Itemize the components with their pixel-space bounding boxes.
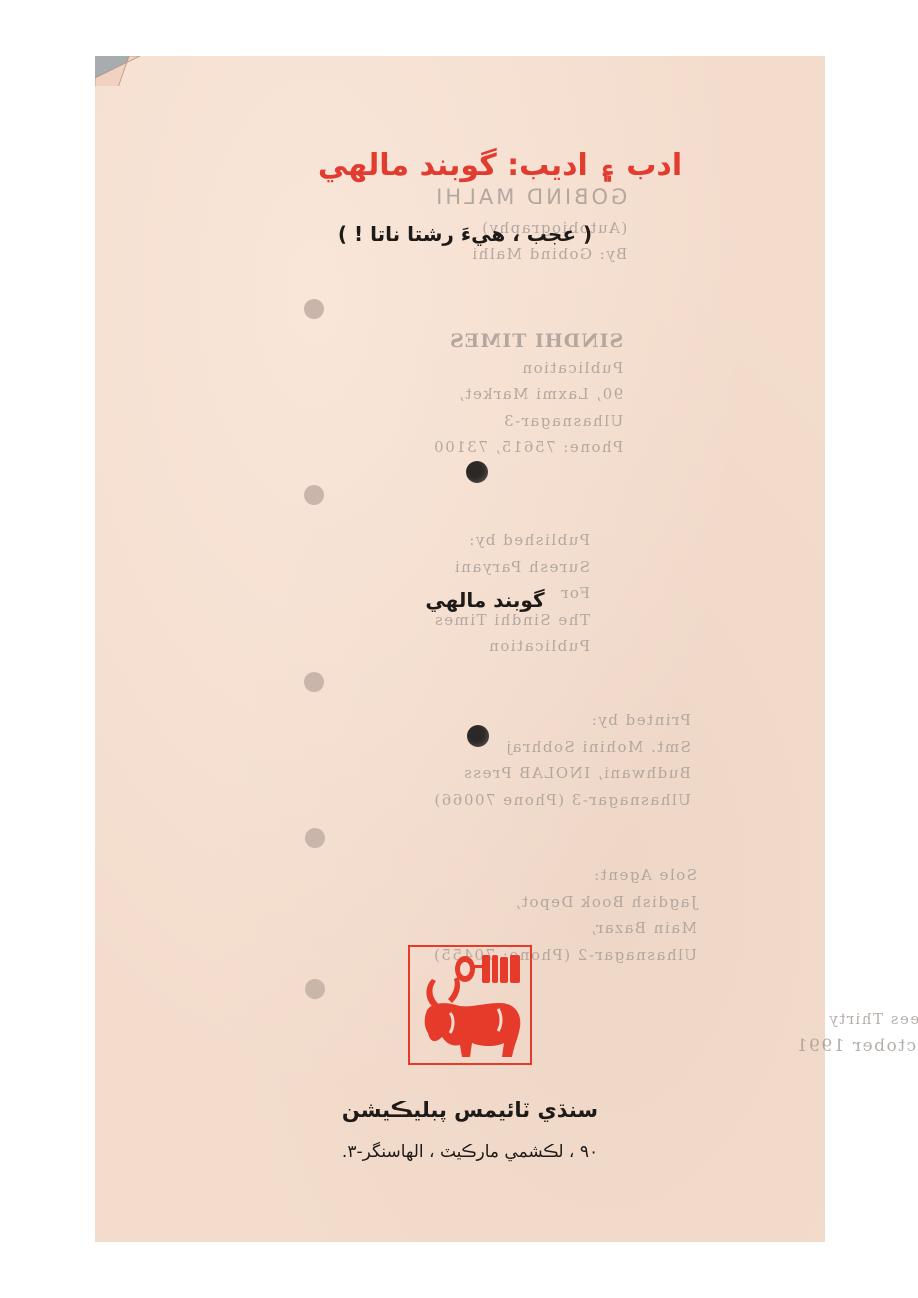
author-name: گوبند مالهي [395, 588, 575, 612]
folded-corner-icon [95, 56, 140, 86]
show-through-dot [304, 672, 324, 692]
book-subtitle: ( عجب ، هيءَ رشتا ناتا ! ) [230, 222, 700, 246]
punch-hole-dot [466, 461, 488, 483]
publisher-name: سنڌي ٽائيمس پبليڪيشن [260, 1098, 680, 1122]
publisher-address: ٩٠ ، لڪشمي مارڪيٽ ، الهاسنگر-٣. [260, 1142, 680, 1162]
show-through-footer: Quarterly Book Series Price: Rupees Thir… [795, 1006, 918, 1059]
show-through-dot [305, 828, 325, 848]
show-through-publication: SINDHI TIMES Publication 90, Laxmi Marke… [433, 328, 624, 461]
bull-seal-stamp-icon [408, 945, 532, 1065]
show-through-dot [304, 485, 324, 505]
show-through-printed-by: Printed by: Smt. Mohini Sobhraj Budhwani… [433, 707, 691, 813]
book-title: ادب ۽ اديب: گوبند مالهي [205, 148, 795, 183]
show-through-dot [304, 299, 324, 319]
punch-hole-dot [467, 725, 489, 747]
show-through-dot [305, 979, 325, 999]
